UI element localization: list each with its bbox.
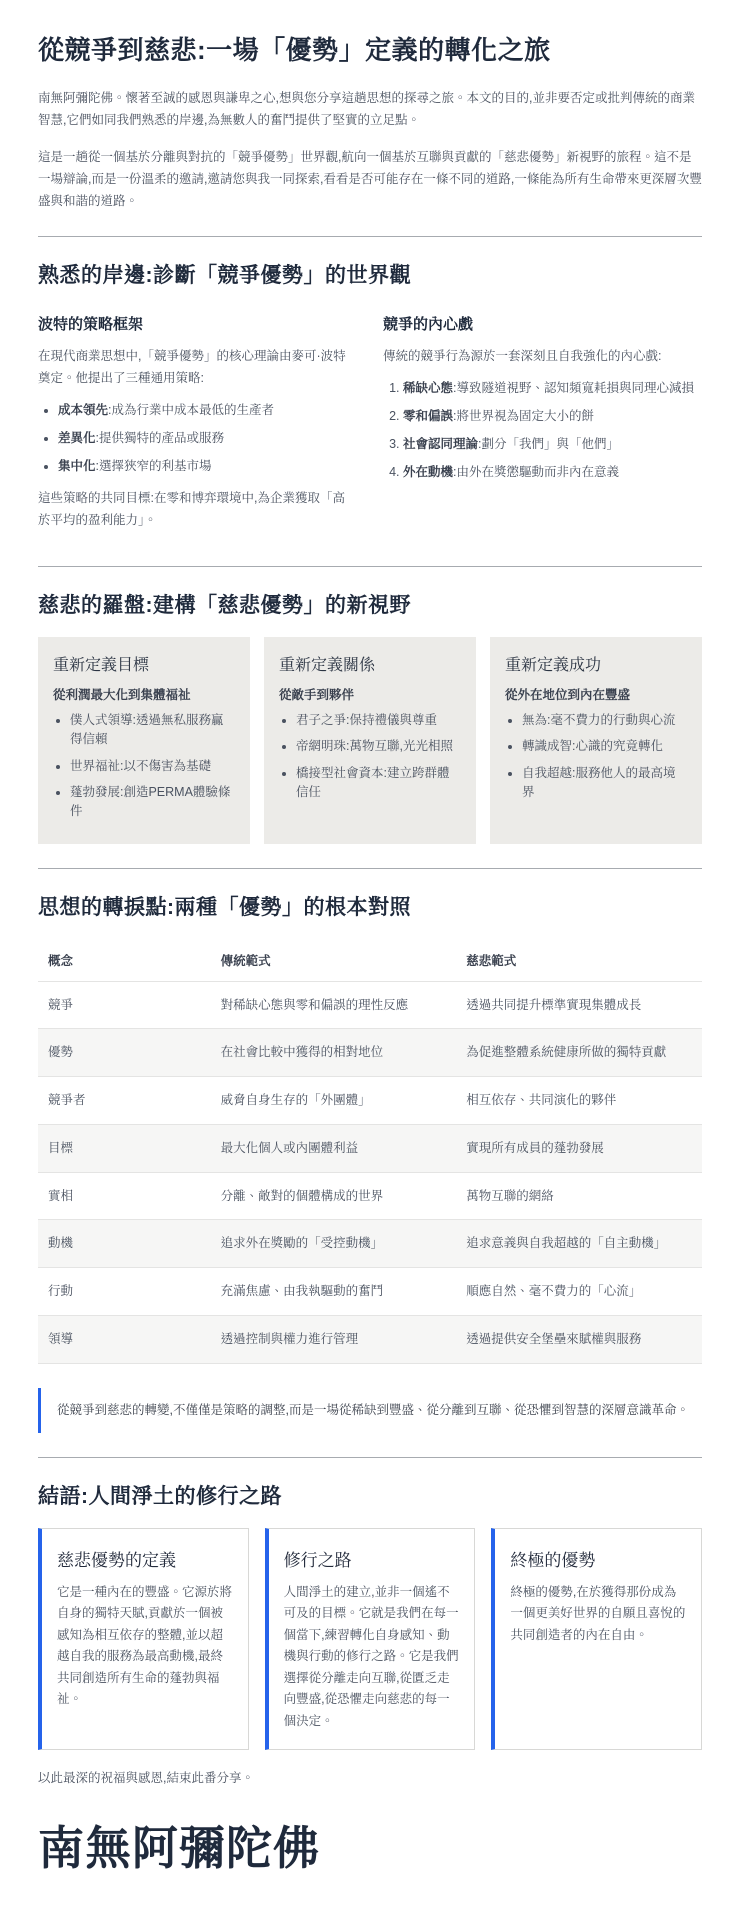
table-cell-traditional: 分離、敵對的個體構成的世界 xyxy=(211,1172,457,1220)
conclusion-card-title: 修行之路 xyxy=(284,1546,460,1571)
table-row: 目標 最大化個人或內團體利益 實現所有成員的蓬勃發展 xyxy=(38,1124,702,1172)
conclusion-card-body: 終極的優勢,在於獲得那份成為一個更美好世界的自願且喜悅的共同創造者的內在自由。 xyxy=(510,1582,686,1647)
table-cell-concept: 目標 xyxy=(38,1124,211,1172)
shore-columns: 波特的策略框架 在現代商業思想中,「競爭優勢」的核心理論由麥可·波特奠定。他提出… xyxy=(38,307,702,542)
compass-card-subtitle: 從外在地位到內在豐盛 xyxy=(505,685,687,703)
insight-quote: 從競爭到慈悲的轉變,不僅僅是策略的調整,而是一場從稀缺到豐盛、從分離到互聯、從恐… xyxy=(38,1388,702,1433)
compass-card-bullet: 橋接型社會資本:建立跨群體信任 xyxy=(296,764,461,803)
table-row: 優勢 在社會比較中獲得的相對地位 為促進整體系統健康所做的獨特貢獻 xyxy=(38,1029,702,1077)
conclusion-card: 終極的優勢 終極的優勢,在於獲得那份成為一個更美好世界的自願且喜悅的共同創造者的… xyxy=(491,1528,702,1751)
strategy-term: 集中化 xyxy=(58,459,96,473)
table-header-compassion: 慈悲範式 xyxy=(456,939,702,982)
table-cell-concept: 實相 xyxy=(38,1172,211,1220)
table-cell-compassion: 相互依存、共同演化的夥伴 xyxy=(456,1077,702,1125)
table-cell-concept: 競爭者 xyxy=(38,1077,211,1125)
table-row: 領導 透過控制與權力進行管理 透過提供安全堡壘來賦權與服務 xyxy=(38,1315,702,1363)
compass-card-subtitle: 從敵手到夥伴 xyxy=(279,685,461,703)
table-row: 行動 充滿焦慮、由我執驅動的奮鬥 順應自然、毫不費力的「心流」 xyxy=(38,1268,702,1316)
porter-strategy-list: 成本領先:成為行業中成本最低的生產者 差異化:提供獨特的產品或服務 集中化:選擇… xyxy=(38,400,357,476)
table-cell-traditional: 威脅自身生存的「外團體」 xyxy=(211,1077,457,1125)
compass-card-bullet: 君子之爭:保持禮儀與尊重 xyxy=(296,711,461,730)
conclusion-card-title: 慈悲優勢的定義 xyxy=(57,1546,233,1571)
table-row: 競爭者 威脅自身生存的「外團體」 相互依存、共同演化的夥伴 xyxy=(38,1077,702,1125)
compass-card: 重新定義成功 從外在地位到內在豐盛 無為:毫不費力的行動與心流 轉識成智:心識的… xyxy=(490,637,702,844)
strategy-item: 集中化:選擇狹窄的利基市場 xyxy=(58,456,357,476)
intro-paragraph-1: 南無阿彌陀佛。懷著至誠的感恩與謙卑之心,想與您分享這趟思想的探尋之旅。本文的目的… xyxy=(38,87,702,132)
conclusion-card: 慈悲優勢的定義 它是一種內在的豐盛。它源於將自身的獨特天賦,貢獻於一個被感知為相… xyxy=(38,1528,249,1751)
compass-card-bullet: 帝網明珠:萬物互聯,光光相照 xyxy=(296,737,461,756)
compass-card-bullet-list: 無為:毫不費力的行動與心流 轉識成智:心識的究竟轉化 自我超越:服務他人的最高境… xyxy=(505,711,687,803)
strategy-desc: :成為行業中成本最低的生產者 xyxy=(108,403,274,417)
inner-drama-desc: :將世界視為固定大小的餅 xyxy=(453,409,594,423)
table-cell-compassion: 實現所有成員的蓬勃發展 xyxy=(456,1124,702,1172)
compass-card-title: 重新定義目標 xyxy=(53,652,235,675)
porter-outro: 這些策略的共同目標:在零和博弈環境中,為企業獲取「高於平均的盈利能力」。 xyxy=(38,488,357,532)
compass-card-title: 重新定義成功 xyxy=(505,652,687,675)
table-cell-compassion: 透過提供安全堡壘來賦權與服務 xyxy=(456,1315,702,1363)
table-cell-traditional: 最大化個人或內團體利益 xyxy=(211,1124,457,1172)
inner-drama-item: 稀缺心態:導致隧道視野、認知頻寬耗損與同理心減損 xyxy=(403,378,702,398)
inner-drama-desc: :由外在獎懲驅動而非內在意義 xyxy=(453,465,619,479)
inner-drama-term: 稀缺心態 xyxy=(403,381,453,395)
column-heading-porter: 波特的策略框架 xyxy=(38,313,357,334)
table-cell-concept: 行動 xyxy=(38,1268,211,1316)
inner-drama-list: 稀缺心態:導致隧道視野、認知頻寬耗損與同理心減損 零和偏誤:將世界視為固定大小的… xyxy=(383,378,702,482)
inner-drama-desc: :導致隧道視野、認知頻寬耗損與同理心減損 xyxy=(453,381,694,395)
porter-column: 波特的策略框架 在現代商業思想中,「競爭優勢」的核心理論由麥可·波特奠定。他提出… xyxy=(38,307,357,542)
compass-card-bullet-list: 君子之爭:保持禮儀與尊重 帝網明珠:萬物互聯,光光相照 橋接型社會資本:建立跨群… xyxy=(279,711,461,803)
table-header-traditional: 傳統範式 xyxy=(211,939,457,982)
table-cell-traditional: 透過控制與權力進行管理 xyxy=(211,1315,457,1363)
conclusion-card-grid: 慈悲優勢的定義 它是一種內在的豐盛。它源於將自身的獨特天賦,貢獻於一個被感知為相… xyxy=(38,1528,702,1751)
table-cell-traditional: 對稀缺心態與零和偏誤的理性反應 xyxy=(211,981,457,1029)
conclusion-card-body: 它是一種內在的豐盛。它源於將自身的獨特天賦,貢獻於一個被感知為相互依存的整體,並… xyxy=(57,1582,233,1711)
page-title: 從競爭到慈悲:一場「優勢」定義的轉化之旅 xyxy=(38,30,702,67)
table-cell-compassion: 順應自然、毫不費力的「心流」 xyxy=(456,1268,702,1316)
section-heading-comparison: 思想的轉捩點:兩種「優勢」的根本對照 xyxy=(38,891,702,921)
inner-drama-intro: 傳統的競爭行為源於一套深刻且自我強化的內心戲: xyxy=(383,346,702,368)
section-heading-shore: 熟悉的岸邊:診斷「競爭優勢」的世界觀 xyxy=(38,259,702,289)
porter-intro: 在現代商業思想中,「競爭優勢」的核心理論由麥可·波特奠定。他提出了三種通用策略: xyxy=(38,346,357,390)
table-cell-concept: 競爭 xyxy=(38,981,211,1029)
section-divider xyxy=(38,236,702,237)
inner-drama-term: 社會認同理論 xyxy=(403,437,478,451)
table-cell-compassion: 為促進整體系統健康所做的獨特貢獻 xyxy=(456,1029,702,1077)
table-cell-concept: 動機 xyxy=(38,1220,211,1268)
strategy-term: 差異化 xyxy=(58,431,96,445)
section-divider xyxy=(38,868,702,869)
table-cell-traditional: 在社會比較中獲得的相對地位 xyxy=(211,1029,457,1077)
table-header-concept: 概念 xyxy=(38,939,211,982)
closing-note: 以此最深的祝福與感恩,結束此番分享。 xyxy=(38,1768,702,1786)
compass-card: 重新定義關係 從敵手到夥伴 君子之爭:保持禮儀與尊重 帝網明珠:萬物互聯,光光相… xyxy=(264,637,476,844)
inner-drama-desc: :劃分「我們」與「他們」 xyxy=(478,437,619,451)
strategy-item: 成本領先:成為行業中成本最低的生產者 xyxy=(58,400,357,420)
conclusion-card-title: 終極的優勢 xyxy=(510,1546,686,1571)
section-divider xyxy=(38,566,702,567)
table-cell-traditional: 追求外在獎勵的「受控動機」 xyxy=(211,1220,457,1268)
strategy-item: 差異化:提供獨特的產品或服務 xyxy=(58,428,357,448)
compass-card-bullet: 僕人式領導:透過無私服務贏得信賴 xyxy=(70,711,235,750)
inner-drama-column: 競爭的內心戲 傳統的競爭行為源於一套深刻且自我強化的內心戲: 稀缺心態:導致隧道… xyxy=(383,307,702,542)
inner-drama-term: 外在動機 xyxy=(403,465,453,479)
compass-card-bullet: 無為:毫不費力的行動與心流 xyxy=(522,711,687,730)
section-divider xyxy=(38,1457,702,1458)
table-cell-concept: 領導 xyxy=(38,1315,211,1363)
column-heading-inner-drama: 競爭的內心戲 xyxy=(383,313,702,334)
compass-card-bullet: 轉識成智:心識的究竟轉化 xyxy=(522,737,687,756)
compass-card-bullet: 自我超越:服務他人的最高境界 xyxy=(522,764,687,803)
compass-card-bullet-list: 僕人式領導:透過無私服務贏得信賴 世界福祉:以不傷害為基礎 蓬勃發展:創造PER… xyxy=(53,711,235,822)
section-heading-compass: 慈悲的羅盤:建構「慈悲優勢」的新視野 xyxy=(38,589,702,619)
inner-drama-item: 外在動機:由外在獎懲驅動而非內在意義 xyxy=(403,462,702,482)
strategy-desc: :選擇狹窄的利基市場 xyxy=(96,459,212,473)
table-cell-concept: 優勢 xyxy=(38,1029,211,1077)
compass-card-title: 重新定義關係 xyxy=(279,652,461,675)
inner-drama-term: 零和偏誤 xyxy=(403,409,453,423)
table-cell-compassion: 萬物互聯的網絡 xyxy=(456,1172,702,1220)
conclusion-card: 修行之路 人間淨土的建立,並非一個遙不可及的目標。它就是我們在每一個當下,練習轉… xyxy=(265,1528,476,1751)
table-row: 競爭 對稀缺心態與零和偏誤的理性反應 透過共同提升標準實現集體成長 xyxy=(38,981,702,1029)
table-cell-compassion: 追求意義與自我超越的「自主動機」 xyxy=(456,1220,702,1268)
table-header-row: 概念 傳統範式 慈悲範式 xyxy=(38,939,702,982)
table-row: 實相 分離、敵對的個體構成的世界 萬物互聯的網絡 xyxy=(38,1172,702,1220)
table-row: 動機 追求外在獎勵的「受控動機」 追求意義與自我超越的「自主動機」 xyxy=(38,1220,702,1268)
compass-card-grid: 重新定義目標 從利潤最大化到集體福祉 僕人式領導:透過無私服務贏得信賴 世界福祉… xyxy=(38,637,702,844)
strategy-desc: :提供獨特的產品或服務 xyxy=(96,431,224,445)
compass-card: 重新定義目標 從利潤最大化到集體福祉 僕人式領導:透過無私服務贏得信賴 世界福祉… xyxy=(38,637,250,844)
inner-drama-item: 零和偏誤:將世界視為固定大小的餅 xyxy=(403,406,702,426)
compass-card-bullet: 世界福祉:以不傷害為基礎 xyxy=(70,757,235,776)
strategy-term: 成本領先 xyxy=(58,403,108,417)
footer-mantra: 南無阿彌陀佛 xyxy=(38,1812,702,1878)
compass-card-subtitle: 從利潤最大化到集體福祉 xyxy=(53,685,235,703)
section-heading-conclusion: 結語:人間淨土的修行之路 xyxy=(38,1480,702,1510)
table-cell-compassion: 透過共同提升標準實現集體成長 xyxy=(456,981,702,1029)
conclusion-card-body: 人間淨土的建立,並非一個遙不可及的目標。它就是我們在每一個當下,練習轉化自身感知… xyxy=(284,1582,460,1733)
table-cell-traditional: 充滿焦慮、由我執驅動的奮鬥 xyxy=(211,1268,457,1316)
comparison-table: 概念 傳統範式 慈悲範式 競爭 對稀缺心態與零和偏誤的理性反應 透過共同提升標準… xyxy=(38,939,702,1364)
compass-card-bullet: 蓬勃發展:創造PERMA體驗條件 xyxy=(70,783,235,822)
inner-drama-item: 社會認同理論:劃分「我們」與「他們」 xyxy=(403,434,702,454)
intro-paragraph-2: 這是一趟從一個基於分離與對抗的「競爭優勢」世界觀,航向一個基於互聯與貢獻的「慈悲… xyxy=(38,146,702,213)
